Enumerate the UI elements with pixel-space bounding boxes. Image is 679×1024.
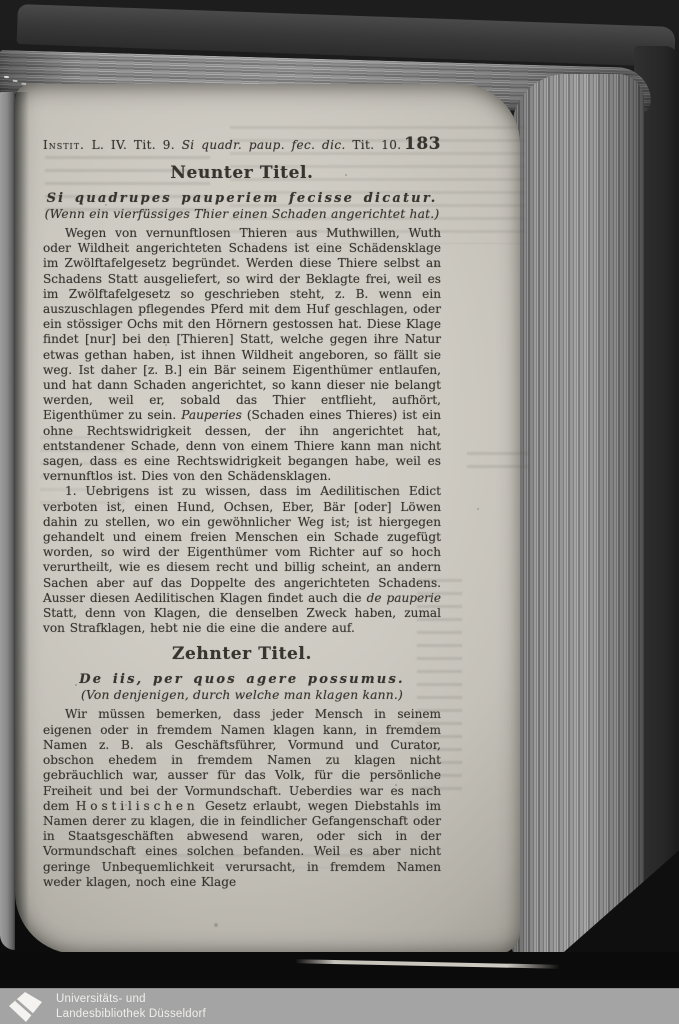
library-footer-bar: Universitäts- und Landesbibliothek Düsse… [0,988,679,1024]
section-subtitle: (Von denjenigen, durch welche man klagen… [43,688,441,702]
body-paragraph: Wir müssen bemerken, dass jeder Mensch i… [43,707,441,889]
section-subtitle: (Wenn ein vierfüssiges Thier einen Schad… [43,207,441,221]
ulb-logo-icon [6,991,46,1023]
book-page: Instit. L. IV. Tit. 9. Si quadr. paup. f… [15,84,520,954]
book-spine-strip [0,92,15,950]
gutter-shadow [15,92,29,947]
scan-speckles [15,84,17,86]
page-corner-highlights [4,76,9,79]
page-content: Instit. L. IV. Tit. 9. Si quadr. paup. f… [43,134,441,890]
bleedthrough-ghost-text [467,452,529,476]
library-name: Universitäts- und Landesbibliothek Düsse… [56,992,206,1022]
running-header: Instit. L. IV. Tit. 9. Si quadr. paup. f… [43,134,441,154]
header-citation: Instit. L. IV. Tit. 9. Si quadr. paup. f… [43,138,401,152]
library-name-line2: Landesbibliothek Düsseldorf [56,1007,206,1022]
section-ninth-title: Neunter Titel. Si quadrupes pauperiem fe… [43,163,441,636]
section-title: Zehnter Titel. [43,644,441,664]
section-tenth-title: Zehnter Titel. De iis, per quos agere po… [43,644,441,889]
library-name-line1: Universitäts- und [56,992,206,1007]
page-number: 183 [404,134,441,154]
body-paragraph: Wegen von vernunftlosen Thieren aus Muth… [43,226,441,484]
section-latin-title: Si quadrupes pauperiem fecisse dicatur. [43,191,441,206]
body-paragraph: 1. Uebrigens ist zu wissen, dass im Aedi… [43,484,441,636]
section-latin-title: De iis, per quos agere possumus. [43,672,441,687]
book-scan-viewport: Instit. L. IV. Tit. 9. Si quadr. paup. f… [0,0,679,1024]
section-title: Neunter Titel. [43,163,441,183]
bottom-background [0,952,679,992]
page-block-fore-edge [512,74,644,956]
